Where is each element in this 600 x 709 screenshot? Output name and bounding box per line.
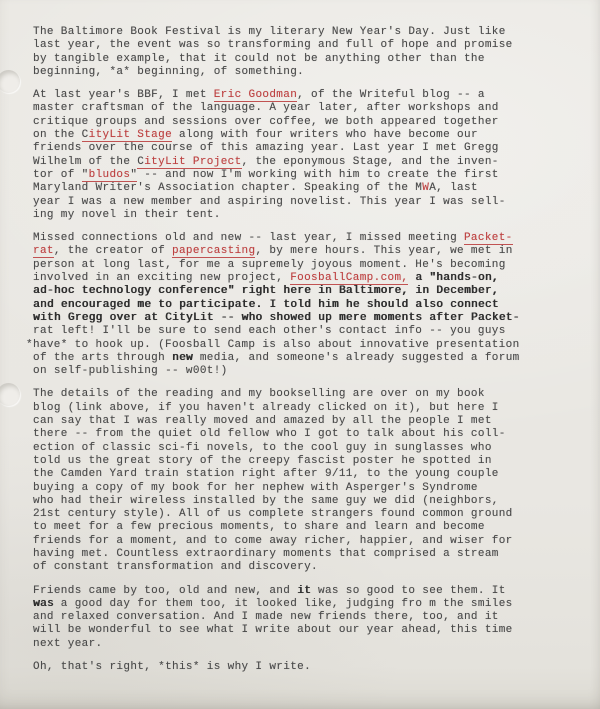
text-run: of the arts through [33,352,172,364]
text-run: beginning, *a* beginning, of something. [33,66,304,78]
text-run: rat left! I'll be sure to send each othe… [33,325,506,337]
text-run: Oh, that's right, *this* is why I write. [33,661,311,673]
text-line: beginning, *a* beginning, of something. [33,66,572,79]
text-line: Missed connections old and new -- last y… [33,232,572,245]
text-run: Missed connections old and new -- last y… [33,232,464,244]
text-run: a good day for them too, it looked like,… [54,598,513,610]
text-run: Friends came by too, old and new, and [33,585,297,597]
text-line: The details of the reading and my bookse… [33,388,572,401]
overstruck-text: was [33,598,54,610]
paragraph: The Baltimore Book Festival is my litera… [33,26,572,79]
text-line: of constant transformation and discovery… [33,561,572,574]
text-line: Maryland Writer's Association chapter. S… [33,182,572,195]
typed-link: papercasting [172,245,255,258]
text-run: tor of [33,169,82,181]
text-run: on self-publishing -- w00t!) [33,365,228,377]
text-line: The Baltimore Book Festival is my litera… [33,26,572,39]
typed-link-part: C [82,129,89,142]
paragraph: Missed connections old and new -- last y… [33,232,572,378]
text-run: master craftsman of the language. A year… [33,102,499,114]
text-run: there -- from the quiet old fellow who I… [33,428,506,440]
text-run: media, and someone's already suggested a… [193,352,520,364]
text-line: Friends came by too, old and new, and it… [33,585,572,598]
text-run: Wilhelm of the [33,156,137,168]
text-run: friends for a moment, and to come away r… [33,535,513,547]
text-run: next year. [33,638,103,650]
paragraph: At last year's BBF, I met Eric Goodman, … [33,89,572,222]
text-run: Maryland Writer's Association chapter. S… [33,182,422,194]
text-line: year I was a new member and aspiring nov… [33,196,572,209]
text-run: A, last [429,182,478,194]
text-line: rat, the creator of papercasting, by mer… [33,245,572,258]
text-run: and relaxed conversation. And I made new… [33,611,499,623]
text-line: of the arts through new media, and someo… [33,352,572,365]
overstruck-text: it [297,585,311,597]
overstruck-text: with Gregg over at CityLit -- who showed… [33,312,520,324]
text-line: on self-publishing -- w00t!) [33,365,572,378]
text-run: -- and now I'm working with him to creat… [137,169,498,181]
text-run: who had their wireless installed by the … [33,495,499,507]
text-run: critique groups and sessions over coffee… [33,116,499,128]
text-run: buying a copy of my book for her nephew … [33,482,478,494]
text-line: ection of classic sci-fi novels, to the … [33,442,572,455]
text-line: who had their wireless installed by the … [33,495,572,508]
text-run: can say that I was really moved and amaz… [33,415,492,427]
typed-link: bludos [89,169,131,182]
typed-link: rat [33,245,54,258]
text-run: , by mere hours. This year, we met in [255,245,512,257]
text-run: of constant transformation and discovery… [33,561,318,573]
text-line: told us the great story of the creepy fa… [33,455,572,468]
text-line: tor of "bludos" -- and now I'm working w… [33,169,572,182]
text-line: blog (link above, if you haven't already… [33,402,572,415]
text-line: master craftsman of the language. A year… [33,102,572,115]
text-line: buying a copy of my book for her nephew … [33,482,572,495]
text-run: involved in an exciting new project, [33,272,290,284]
text-line: will be wonderful to see what I write ab… [33,624,572,637]
text-line: Oh, that's right, *this* is why I write. [33,661,572,674]
overstruck-text: and encouraged me to participate. I told… [33,299,499,311]
text-line: and encouraged me to participate. I told… [33,299,572,312]
text-line: and relaxed conversation. And I made new… [33,611,572,624]
typed-link: Eric Goodman [214,89,297,102]
text-line: Wilhelm of the CityLit Project, the epon… [33,156,572,169]
document-text: The Baltimore Book Festival is my litera… [33,26,572,674]
text-run: on the [33,129,82,141]
text-line: ad-hoc technology conference" right here… [33,285,572,298]
text-run: ection of classic sci-fi novels, to the … [33,442,492,454]
hole-punch-bottom [0,383,20,406]
paragraph: Friends came by too, old and new, and it… [33,585,572,651]
text-run: year I was a new member and aspiring nov… [33,196,506,208]
text-run: having met. Countless extraordinary mome… [33,548,499,560]
text-line: next year. [33,638,572,651]
typed-link: ityLit Project [144,156,241,169]
text-run: along with four writers who have become … [172,129,478,141]
text-run: *have* to hook up. (Foosball Camp is als… [26,339,520,351]
text-line: the Camden Yard train station right afte… [33,468,572,481]
typed-link: Packet- [464,232,513,245]
text-line: person at long last, for me a supremely … [33,259,572,272]
text-line: ing my novel in their tent. [33,209,572,222]
text-run: , the eponymous Stage, and the inven- [242,156,499,168]
text-run: friends over the course of this amazing … [33,142,499,154]
text-line: with Gregg over at CityLit -- who showed… [33,312,572,325]
text-line: friends for a moment, and to come away r… [33,535,572,548]
text-run: the Camden Yard train station right afte… [33,468,499,480]
text-run: 21st century style). All of us complete … [33,508,513,520]
text-run: was so good to see them. It [311,585,506,597]
overstruck-text: ad-hoc technology conference" right here… [33,285,499,297]
hole-punch-top [0,70,20,93]
text-line: critique groups and sessions over coffee… [33,116,572,129]
typed-link-part: " [82,169,89,182]
text-run: , the creator of [54,245,172,257]
paragraph: Oh, that's right, *this* is why I write. [33,661,572,674]
text-run: blog (link above, if you haven't already… [33,402,499,414]
text-line: At last year's BBF, I met Eric Goodman, … [33,89,572,102]
text-run: The Baltimore Book Festival is my litera… [33,26,506,38]
text-run: to meet for a few precious moments, to s… [33,521,485,533]
text-line: on the CityLit Stage along with four wri… [33,129,572,142]
typed-link: FoosballCamp.com, [290,272,408,285]
text-line: *have* to hook up. (Foosball Camp is als… [26,339,572,352]
text-run: last year, the event was so transforming… [33,39,513,51]
typed-link: ityLit Stage [89,129,172,142]
text-line: to meet for a few precious moments, to s… [33,521,572,534]
text-run: , of the Writeful blog -- a [297,89,485,101]
text-run: told us the great story of the creepy fa… [33,455,492,467]
text-line: last year, the event was so transforming… [33,39,572,52]
text-run: will be wonderful to see what I write ab… [33,624,513,636]
text-line: there -- from the quiet old fellow who I… [33,428,572,441]
text-line: rat left! I'll be sure to send each othe… [33,325,572,338]
text-run: by tangible example, that it could not b… [33,53,485,65]
overstruck-text: a "hands-on, [415,272,498,284]
text-run: ing my novel in their tent. [33,209,221,221]
text-line: having met. Countless extraordinary mome… [33,548,572,561]
text-run: At last year's BBF, I met [33,89,214,101]
text-run: person at long last, for me a supremely … [33,259,506,271]
text-line: by tangible example, that it could not b… [33,53,572,66]
text-line: involved in an exciting new project, Foo… [33,272,572,285]
overstruck-text: new [172,352,193,364]
text-line: can say that I was really moved and amaz… [33,415,572,428]
paragraph: The details of the reading and my bookse… [33,388,572,574]
text-line: friends over the course of this amazing … [33,142,572,155]
scanned-page: The Baltimore Book Festival is my litera… [0,0,600,709]
text-line: was a good day for them too, it looked l… [33,598,572,611]
text-run: The details of the reading and my bookse… [33,388,485,400]
text-line: 21st century style). All of us complete … [33,508,572,521]
